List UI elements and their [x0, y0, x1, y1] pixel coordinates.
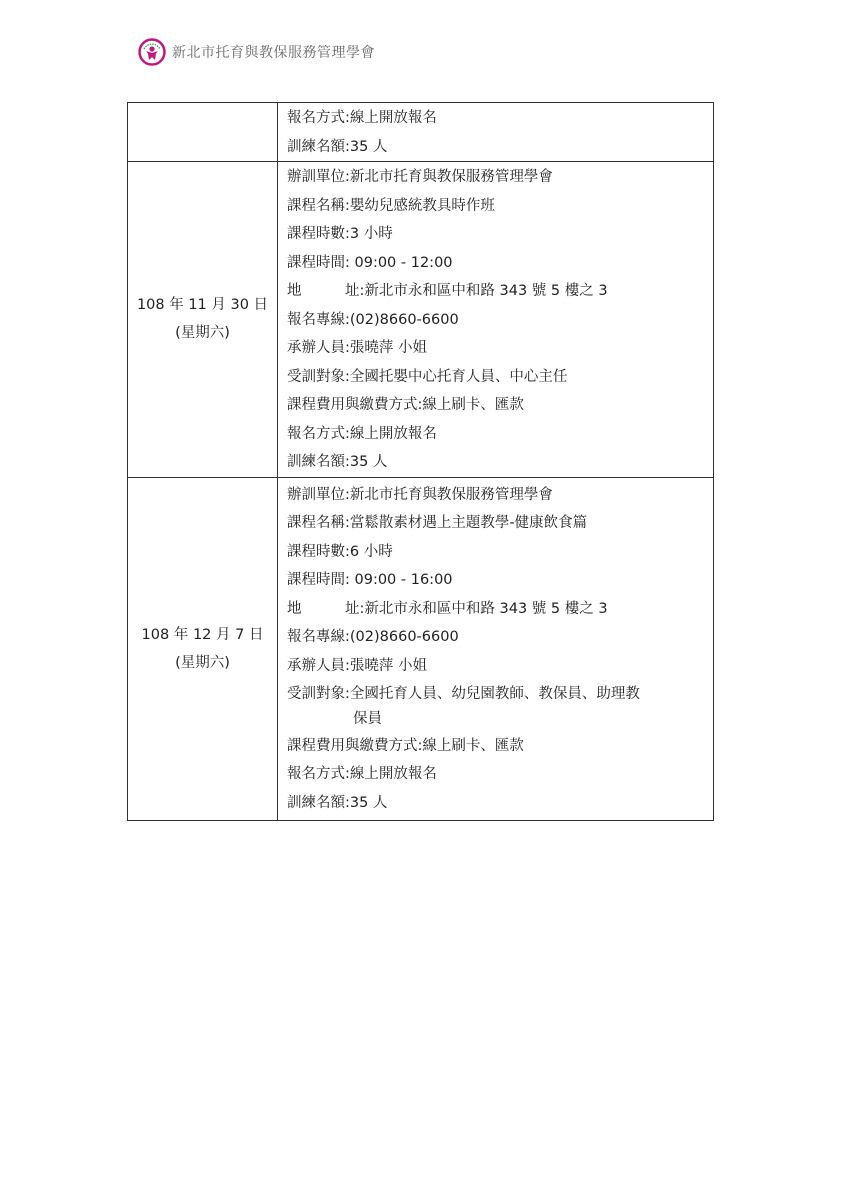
- details-cell: 報名方式:線上開放報名 訓練名額:35 人: [278, 103, 714, 162]
- course-date: 108 年 11 月 30 日: [128, 291, 277, 319]
- course-name: 課程名稱:嬰幼兒感統教具時作班: [287, 192, 713, 221]
- details-cell: 辦訓單位:新北市托育與教保服務管理學會 課程名稱:當鬆散素材遇上主題教學-健康飲…: [278, 477, 714, 820]
- training-quota: 訓練名額:35 人: [287, 133, 713, 162]
- date-cell: [128, 103, 278, 162]
- course-date: 108 年 12 月 7 日: [128, 621, 277, 649]
- course-weekday: (星期六): [128, 319, 277, 347]
- address-label: 地: [287, 277, 345, 306]
- contact-person: 承辦人員:張曉萍 小姐: [287, 334, 713, 363]
- table-row: 108 年 12 月 7 日 (星期六) 辦訓單位:新北市托育與教保服務管理學會…: [128, 477, 714, 820]
- training-quota: 訓練名額:35 人: [287, 789, 713, 818]
- address: 地址:新北市永和區中和路 343 號 5 樓之 3: [287, 595, 713, 624]
- target-audience-continued: 保員: [287, 706, 713, 732]
- address: 地址:新北市永和區中和路 343 號 5 樓之 3: [287, 277, 713, 306]
- organization-name: 新北市托育與教保服務管理學會: [172, 42, 375, 62]
- course-time: 課程時間: 09:00 - 16:00: [287, 566, 713, 595]
- organizer: 辦訓單位:新北市托育與教保服務管理學會: [287, 163, 713, 192]
- table-row: 108 年 11 月 30 日 (星期六) 辦訓單位:新北市托育與教保服務管理學…: [128, 162, 714, 478]
- address-label: 地: [287, 595, 345, 624]
- course-time: 課程時間: 09:00 - 12:00: [287, 249, 713, 278]
- course-name: 課程名稱:當鬆散素材遇上主題教學-健康飲食篇: [287, 509, 713, 538]
- organizer: 辦訓單位:新北市托育與教保服務管理學會: [287, 481, 713, 510]
- registration-method: 報名方式:線上開放報名: [287, 760, 713, 789]
- registration-phone: 報名專線:(02)8660-6600: [287, 306, 713, 335]
- association-logo-icon: [138, 38, 166, 66]
- details-cell: 辦訓單位:新北市托育與教保服務管理學會 課程名稱:嬰幼兒感統教具時作班 課程時數…: [278, 162, 714, 478]
- date-cell: 108 年 11 月 30 日 (星期六): [128, 162, 278, 478]
- target-audience: 受訓對象:全國托嬰中心托育人員、中心主任: [287, 363, 713, 392]
- training-quota: 訓練名額:35 人: [287, 448, 713, 477]
- contact-person: 承辦人員:張曉萍 小姐: [287, 652, 713, 681]
- address-value: 址:新北市永和區中和路 343 號 5 樓之 3: [345, 283, 608, 299]
- fee-payment: 課程費用與繳費方式:線上刷卡、匯款: [287, 391, 713, 420]
- registration-phone: 報名專線:(02)8660-6600: [287, 623, 713, 652]
- course-hours: 課程時數:6 小時: [287, 538, 713, 567]
- fee-payment: 課程費用與繳費方式:線上刷卡、匯款: [287, 732, 713, 761]
- table-row: 報名方式:線上開放報名 訓練名額:35 人: [128, 103, 714, 162]
- registration-method: 報名方式:線上開放報名: [287, 104, 713, 133]
- document-header: 新北市托育與教保服務管理學會: [138, 38, 375, 66]
- course-schedule-table: 報名方式:線上開放報名 訓練名額:35 人 108 年 11 月 30 日 (星…: [127, 102, 714, 821]
- registration-method: 報名方式:線上開放報名: [287, 420, 713, 449]
- target-audience: 受訓對象:全國托育人員、幼兒園教師、教保員、助理教: [287, 680, 713, 709]
- course-weekday: (星期六): [128, 649, 277, 677]
- date-cell: 108 年 12 月 7 日 (星期六): [128, 477, 278, 820]
- address-value: 址:新北市永和區中和路 343 號 5 樓之 3: [345, 601, 608, 617]
- course-hours: 課程時數:3 小時: [287, 220, 713, 249]
